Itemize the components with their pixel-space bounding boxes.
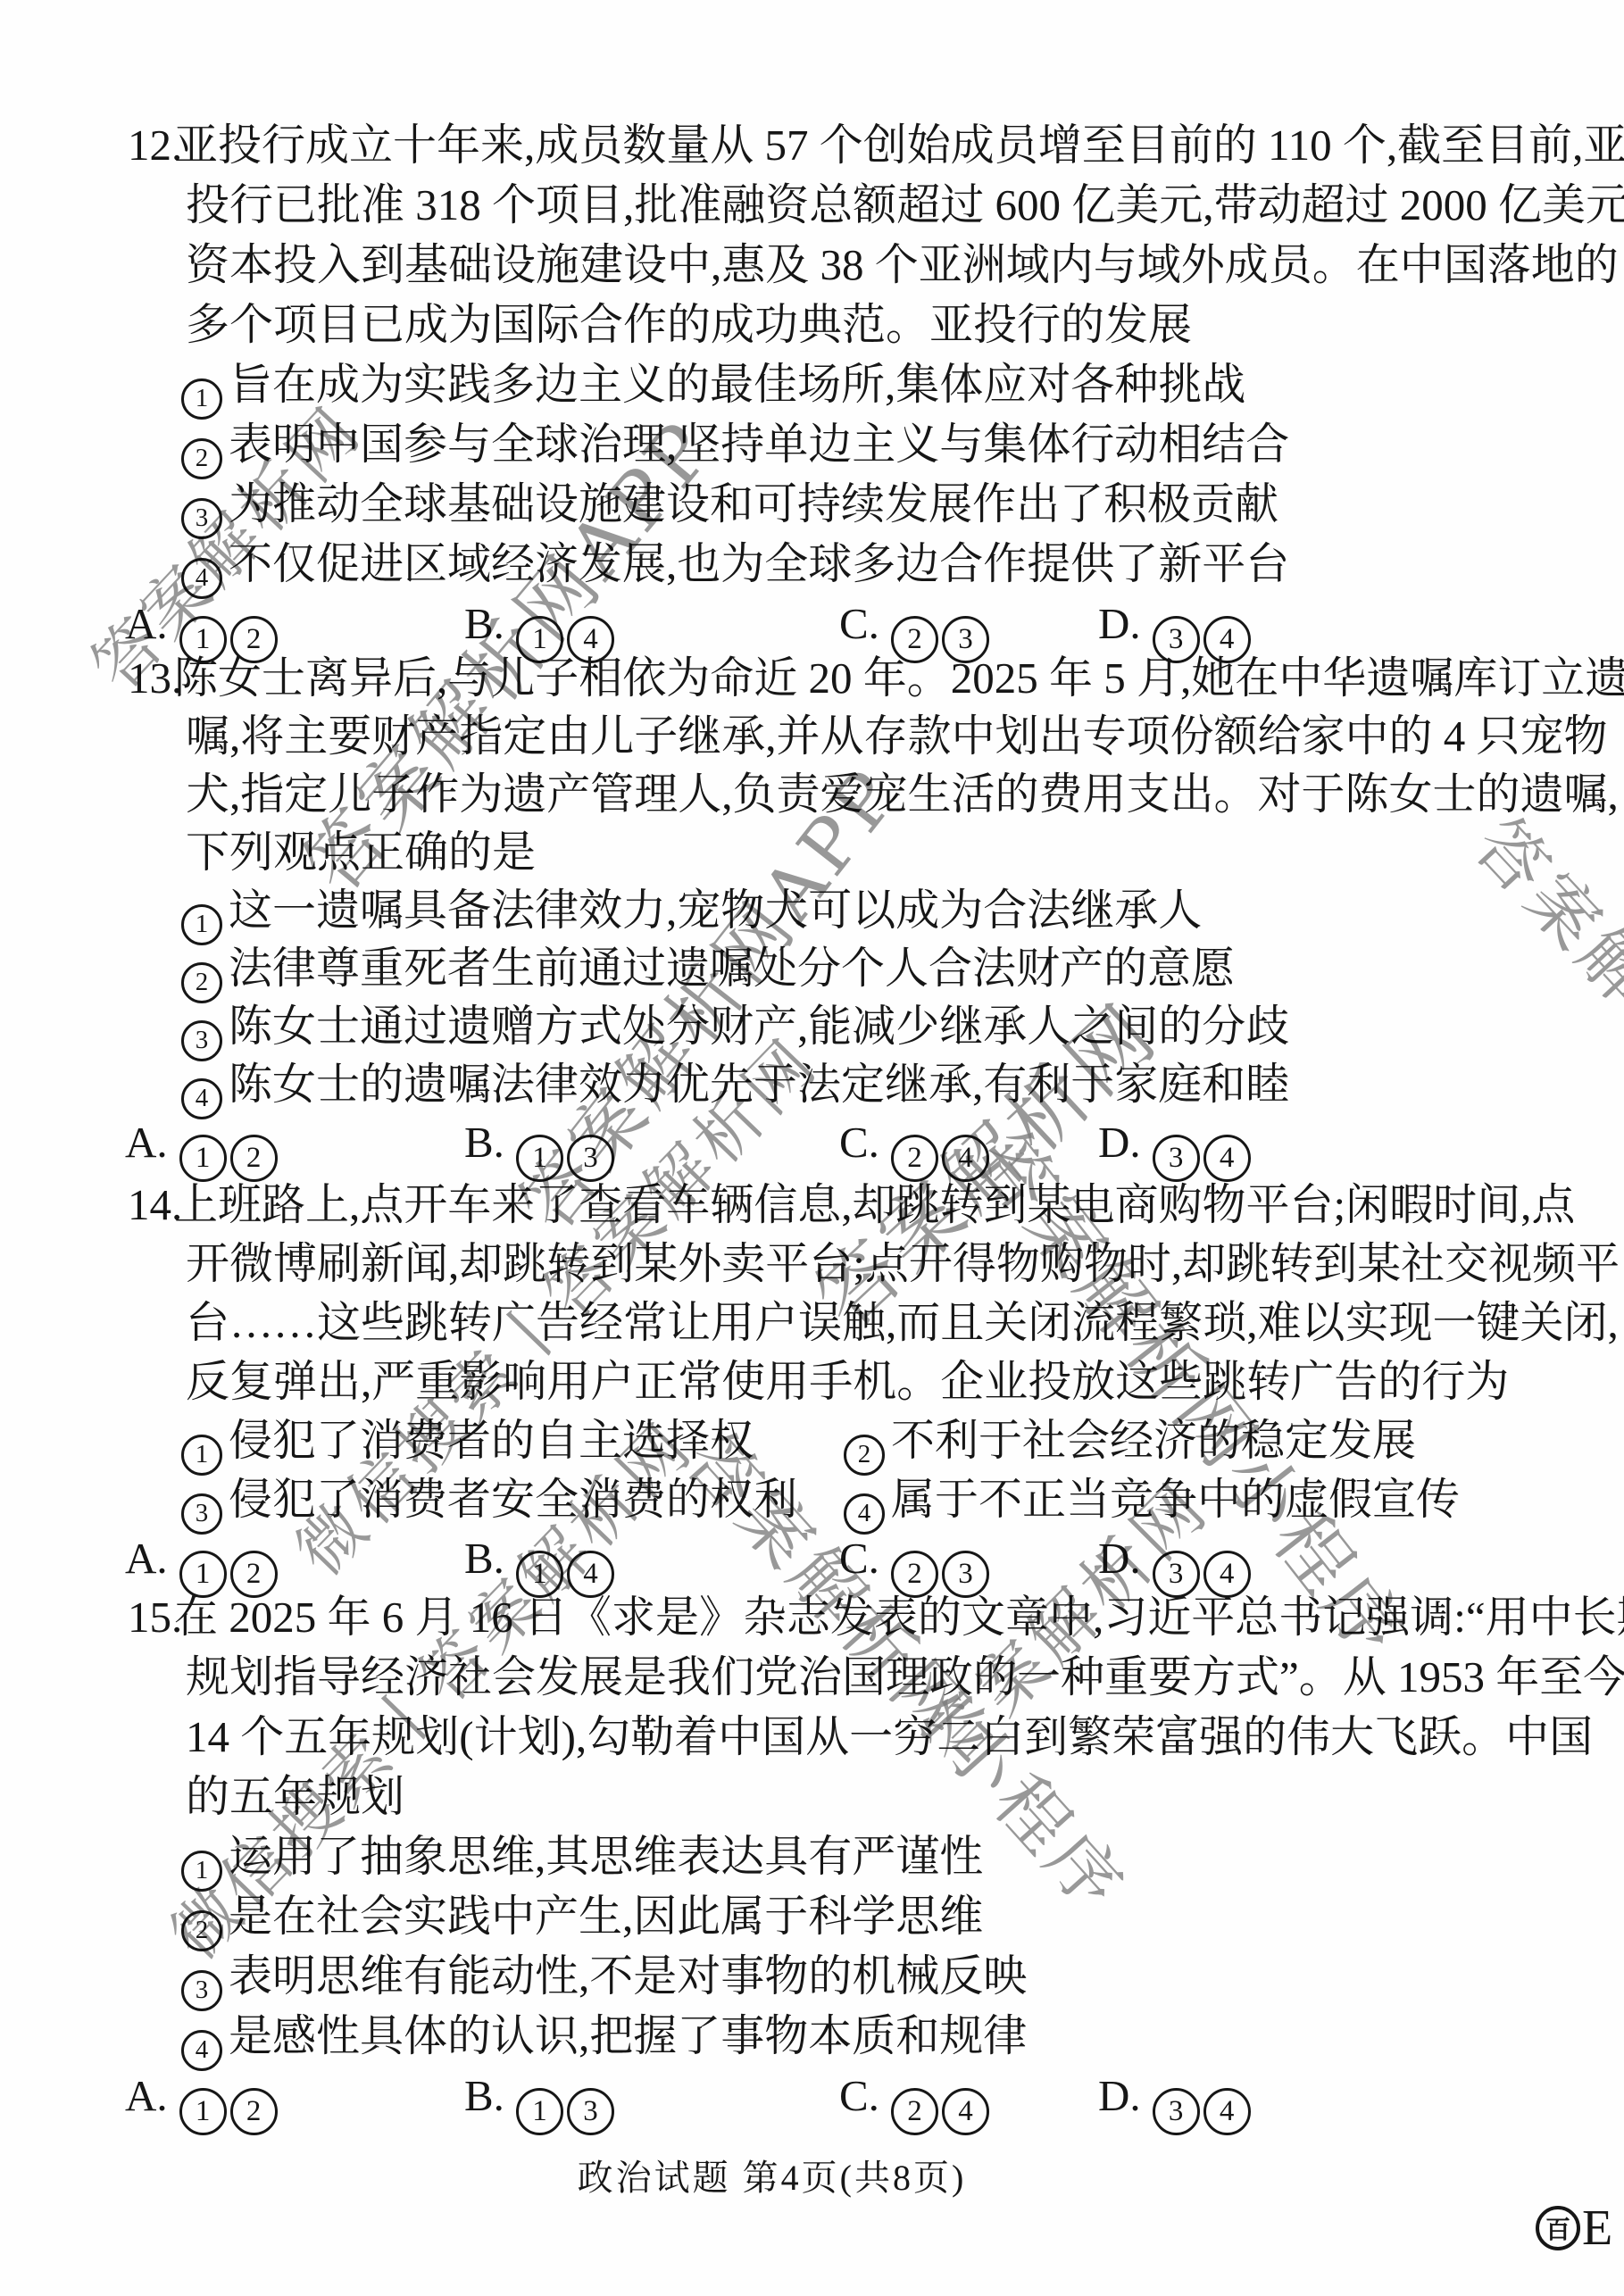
- option-label: B.: [464, 1534, 504, 1583]
- stem-line: 14.上班路上,点开车来了查看车辆信息,却跳转到某电商购物平台;闲暇时间,点: [128, 1176, 1592, 1235]
- stem-text: 犬,指定儿子作为遗产管理人,负责爱宠生活的费用支出。对于陈女士的遗嘱,: [186, 769, 1619, 819]
- option-label: A.: [125, 1534, 168, 1583]
- statement-row: 1这一遗嘱具备法律效力,宠物犬可以成为合法继承人: [128, 881, 1592, 939]
- stem-line: 15.在 2025 年 6 月 16 日《求是》杂志发表的文章中,习近平总书记强…: [128, 1587, 1592, 1647]
- option-label: B.: [464, 1118, 504, 1167]
- circled-number: 4: [844, 1493, 885, 1535]
- statement-text: 这一遗嘱具备法律效力,宠物犬可以成为合法继承人: [229, 886, 1202, 935]
- option-label: D.: [1098, 1534, 1141, 1583]
- options-row: A.12B.13C.24D.34: [128, 2066, 1592, 2125]
- badge-circled-icon: 百: [1536, 2206, 1580, 2250]
- page-footer: 政治试题 第4页(共8页): [0, 2150, 1584, 2200]
- question-12: 12.亚投行成立十年来,成员数量从 57 个创始成员增至目前的 110 个,截至…: [128, 115, 1592, 653]
- circled-number: 3: [181, 1493, 222, 1535]
- circled-number: 3: [181, 498, 222, 539]
- circled-number: 4: [181, 2030, 222, 2071]
- stem-line: 投行已批准 318 个项目,批准融资总额超过 600 亿美元,带动超过 2000…: [128, 175, 1592, 235]
- circled-number: 4: [1203, 2088, 1251, 2135]
- statement: 2法律尊重死者生前通过遗嘱处分个人合法财产的意愿: [181, 944, 1235, 993]
- statement-text: 为推动全球基础设施建设和可持续发展作出了积极贡献: [229, 479, 1278, 528]
- stem-text: 下列观点正确的是: [186, 828, 536, 877]
- option-label: A.: [125, 1118, 168, 1167]
- question-13: 13.陈女士离异后,与儿子相依为命近 20 年。2025 年 5 月,她在中华遗…: [128, 649, 1592, 1171]
- circled-number: 2: [844, 1435, 885, 1476]
- circled-number: 4: [181, 558, 222, 599]
- statement: 2不利于社会经济的稳定发展: [844, 1411, 1416, 1476]
- statement: 4属于不正当竞争中的虚假宣传: [844, 1470, 1460, 1535]
- stem-line: 开微博刷新闻,却跳转到某外卖平台;点开得物购物时,却跳转到某社交视频平: [128, 1235, 1592, 1294]
- circled-number: 3: [567, 2088, 614, 2135]
- question-number: 14.: [128, 1176, 182, 1235]
- option-label: A.: [125, 2071, 168, 2120]
- option-label: D.: [1098, 1118, 1141, 1167]
- statement-row: 3侵犯了消费者安全消费的权利4属于不正当竞争中的虚假宣传: [128, 1470, 1592, 1529]
- stem-text: 投行已批准 318 个项目,批准融资总额超过 600 亿美元,带动超过 2000…: [186, 180, 1624, 229]
- statement: 1这一遗嘱具备法律效力,宠物犬可以成为合法继承人: [181, 886, 1202, 935]
- answer-option: B.13: [464, 2066, 618, 2135]
- answer-option: B.13: [464, 1113, 618, 1182]
- statement-text: 不利于社会经济的稳定发展: [891, 1416, 1416, 1465]
- question-15: 15.在 2025 年 6 月 16 日《求是》杂志发表的文章中,习近平总书记强…: [128, 1587, 1592, 2125]
- circled-number: 1: [179, 2088, 227, 2135]
- statement-row: 4不仅促进区域经济发展,也为全球多边合作提供了新平台: [128, 534, 1592, 594]
- statement-text: 旨在成为实践多边主义的最佳场所,集体应对各种挑战: [229, 360, 1245, 409]
- option-label: C.: [839, 1534, 879, 1583]
- answer-option: C.24: [839, 2066, 993, 2135]
- stem-text: 上班路上,点开车来了查看车辆信息,却跳转到某电商购物平台;闲暇时间,点: [174, 1180, 1575, 1229]
- statement-row: 2是在社会实践中产生,因此属于科学思维: [128, 1886, 1592, 1946]
- statement-text: 是感性具体的认识,把握了事物本质和规律: [229, 2011, 1027, 2060]
- option-label: D.: [1098, 2071, 1141, 2120]
- stem-line: 的五年规划: [128, 1767, 1592, 1826]
- statement-text: 表明中国参与全球治理,坚持单边主义与集体行动相结合: [229, 420, 1289, 469]
- statement-text: 法律尊重死者生前通过遗嘱处分个人合法财产的意愿: [229, 944, 1235, 993]
- option-label: B.: [464, 599, 504, 648]
- answer-option: C.24: [839, 1113, 993, 1182]
- options-row: A.12B.14C.23D.34: [128, 594, 1592, 653]
- statement: 1运用了抽象思维,其思维表达具有严谨性: [181, 1832, 983, 1881]
- option-label: A.: [125, 599, 168, 648]
- option-label: D.: [1098, 599, 1141, 648]
- stem-text: 在 2025 年 6 月 16 日《求是》杂志发表的文章中,习近平总书记强调:“…: [174, 1593, 1624, 1642]
- option-label: B.: [464, 2071, 504, 2120]
- stem-text: 多个项目已成为国际合作的成功典范。亚投行的发展: [186, 300, 1192, 349]
- stem-text: 台……这些跳转广告经常让用户误触,而且关闭流程繁琐,难以实现一键关闭,: [186, 1298, 1619, 1347]
- stem-line: 多个项目已成为国际合作的成功典范。亚投行的发展: [128, 295, 1592, 354]
- options-row: A.12B.14C.23D.34: [128, 1529, 1592, 1588]
- statement: 2表明中国参与全球治理,坚持单边主义与集体行动相结合: [181, 420, 1289, 469]
- statement-row: 3陈女士通过遗赠方式处分财产,能减少继承人之间的分歧: [128, 997, 1592, 1055]
- option-label: C.: [839, 2071, 879, 2120]
- stem-text: 嘱,将主要财产指定由儿子继承,并从存款中划出专项份额给家中的 4 只宠物: [186, 711, 1608, 761]
- circled-number: 3: [1153, 2088, 1200, 2135]
- question-14: 14.上班路上,点开车来了查看车辆信息,却跳转到某电商购物平台;闲暇时间,点开微…: [128, 1176, 1592, 1588]
- option-label: C.: [839, 599, 879, 648]
- circled-number: 2: [230, 2088, 278, 2135]
- stem-line: 下列观点正确的是: [128, 823, 1592, 881]
- statement: 3侵犯了消费者安全消费的权利: [181, 1475, 797, 1524]
- statement: 1侵犯了消费者的自主选择权: [181, 1416, 754, 1465]
- statement: 3表明思维有能动性,不是对事物的机械反映: [181, 1951, 1027, 2001]
- statement: 2是在社会实践中产生,因此属于科学思维: [181, 1892, 983, 1941]
- statement-row: 1侵犯了消费者的自主选择权2不利于社会经济的稳定发展: [128, 1411, 1592, 1470]
- statement-row: 3为推动全球基础设施建设和可持续发展作出了积极贡献: [128, 474, 1592, 534]
- circled-number: 3: [181, 1970, 222, 2011]
- statement-text: 陈女士的遗嘱法律效力优先于法定继承,有利于家庭和睦: [229, 1060, 1289, 1109]
- statement-row: 3表明思维有能动性,不是对事物的机械反映: [128, 1946, 1592, 2006]
- circled-number: 1: [181, 1435, 222, 1476]
- stem-line: 反复弹出,严重影响用户正常使用手机。企业投放这些跳转广告的行为: [128, 1352, 1592, 1411]
- stem-text: 开微博刷新闻,却跳转到某外卖平台;点开得物购物时,却跳转到某社交视频平: [186, 1239, 1620, 1288]
- statement-row: 4是感性具体的认识,把握了事物本质和规律: [128, 2006, 1592, 2066]
- answer-option: A.12: [125, 1113, 281, 1182]
- statement-text: 是在社会实践中产生,因此属于科学思维: [229, 1892, 983, 1941]
- brand-badge: 百 E: [1536, 2203, 1612, 2253]
- circled-number: 1: [181, 1851, 222, 1892]
- statement-text: 属于不正当竞争中的虚假宣传: [891, 1475, 1460, 1524]
- stem-line: 12.亚投行成立十年来,成员数量从 57 个创始成员增至目前的 110 个,截至…: [128, 115, 1592, 175]
- circled-number: 1: [516, 2088, 563, 2135]
- stem-line: 嘱,将主要财产指定由儿子继承,并从存款中划出专项份额给家中的 4 只宠物: [128, 707, 1592, 765]
- circled-number: 2: [891, 2088, 938, 2135]
- stem-line: 14 个五年规划(计划),勾勒着中国从一穷二白到繁荣富强的伟大飞跃。中国: [128, 1707, 1592, 1767]
- statement-text: 表明思维有能动性,不是对事物的机械反映: [229, 1951, 1027, 2001]
- badge-letter: E: [1582, 2203, 1612, 2253]
- statement: 3陈女士通过遗赠方式处分财产,能减少继承人之间的分歧: [181, 1002, 1289, 1051]
- stem-line: 台……这些跳转广告经常让用户误触,而且关闭流程繁琐,难以实现一键关闭,: [128, 1294, 1592, 1352]
- question-number: 15.: [128, 1587, 182, 1647]
- stem-line: 犬,指定儿子作为遗产管理人,负责爱宠生活的费用支出。对于陈女士的遗嘱,: [128, 765, 1592, 823]
- stem-text: 14 个五年规划(计划),勾勒着中国从一穷二白到繁荣富强的伟大飞跃。中国: [186, 1712, 1593, 1761]
- exam-page: 答案解析网 答案解析网APP 答案解析网APP 答案解析网 微信搜索丨答案解析网…: [0, 0, 1624, 2296]
- stem-line: 13.陈女士离异后,与儿子相依为命近 20 年。2025 年 5 月,她在中华遗…: [128, 649, 1592, 707]
- statement-text: 不仅促进区域经济发展,也为全球多边合作提供了新平台: [229, 539, 1289, 588]
- stem-text: 规划指导经济社会发展是我们党治国理政的一种重要方式”。从 1953 年至今,: [186, 1652, 1624, 1701]
- option-label: C.: [839, 1118, 879, 1167]
- statement-row: 4陈女士的遗嘱法律效力优先于法定继承,有利于家庭和睦: [128, 1055, 1592, 1113]
- statement-row: 1运用了抽象思维,其思维表达具有严谨性: [128, 1826, 1592, 1886]
- statement-row: 1旨在成为实践多边主义的最佳场所,集体应对各种挑战: [128, 354, 1592, 414]
- stem-text: 亚投行成立十年来,成员数量从 57 个创始成员增至目前的 110 个,截至目前,…: [174, 121, 1624, 170]
- statement-text: 侵犯了消费者的自主选择权: [229, 1416, 754, 1465]
- circled-number: 2: [181, 438, 222, 479]
- statement: 4是感性具体的认识,把握了事物本质和规律: [181, 2011, 1027, 2060]
- stem-text: 陈女士离异后,与儿子相依为命近 20 年。2025 年 5 月,她在中华遗嘱库订…: [174, 653, 1624, 703]
- stem-line: 资本投入到基础设施建设中,惠及 38 个亚洲域内与域外成员。在中国落地的: [128, 235, 1592, 295]
- statement: 4不仅促进区域经济发展,也为全球多边合作提供了新平台: [181, 539, 1289, 588]
- stem-text: 的五年规划: [186, 1772, 404, 1821]
- circled-number: 2: [181, 1910, 222, 1951]
- statement-text: 侵犯了消费者安全消费的权利: [229, 1475, 797, 1524]
- circled-number: 1: [181, 379, 222, 420]
- answer-option: D.34: [1098, 2066, 1254, 2135]
- stem-text: 反复弹出,严重影响用户正常使用手机。企业投放这些跳转广告的行为: [186, 1357, 1509, 1406]
- statement: 1旨在成为实践多边主义的最佳场所,集体应对各种挑战: [181, 360, 1245, 409]
- options-row: A.12B.13C.24D.34: [128, 1113, 1592, 1171]
- statement: 3为推动全球基础设施建设和可持续发展作出了积极贡献: [181, 479, 1278, 528]
- answer-option: A.12: [125, 2066, 281, 2135]
- statement: 4陈女士的遗嘱法律效力优先于法定继承,有利于家庭和睦: [181, 1060, 1289, 1109]
- question-number: 13.: [128, 649, 182, 707]
- stem-line: 规划指导经济社会发展是我们党治国理政的一种重要方式”。从 1953 年至今,: [128, 1647, 1592, 1707]
- circled-number: 4: [942, 2088, 989, 2135]
- question-number: 12.: [128, 115, 182, 175]
- answer-option: D.34: [1098, 1113, 1254, 1182]
- statement-row: 2表明中国参与全球治理,坚持单边主义与集体行动相结合: [128, 414, 1592, 474]
- statement-text: 运用了抽象思维,其思维表达具有严谨性: [229, 1832, 983, 1881]
- statement-row: 2法律尊重死者生前通过遗嘱处分个人合法财产的意愿: [128, 939, 1592, 997]
- stem-text: 资本投入到基础设施建设中,惠及 38 个亚洲域内与域外成员。在中国落地的: [186, 240, 1619, 289]
- statement-text: 陈女士通过遗赠方式处分财产,能减少继承人之间的分歧: [229, 1002, 1289, 1051]
